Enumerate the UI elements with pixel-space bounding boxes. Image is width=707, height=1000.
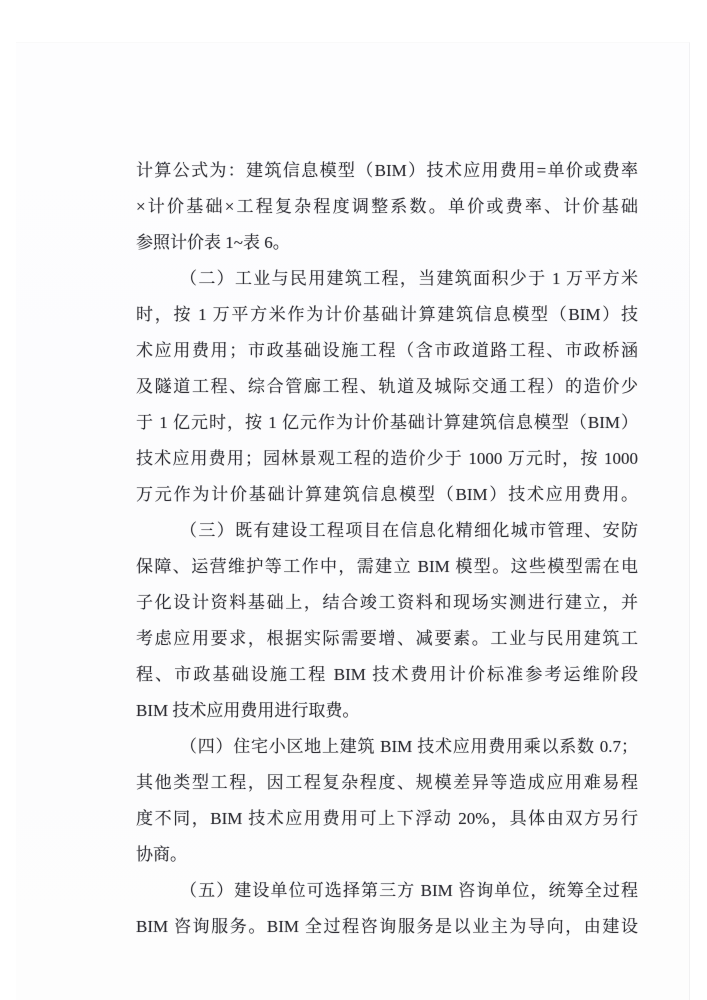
doc-line: 计算公式为：建筑信息模型（BIM）技术应用费用=单价或费率 <box>136 153 638 189</box>
doc-line: ×计价基础×工程复杂程度调整系数。单价或费率、计价基础 <box>136 189 638 225</box>
doc-line: （五）建设单位可选择第三方 BIM 咨询单位，统筹全过程 <box>136 873 638 909</box>
doc-line: 于 1 亿元时，按 1 亿元作为计价基础计算建筑信息模型（BIM） <box>136 405 638 441</box>
doc-line: 子化设计资料基础上，结合竣工资料和现场实测进行建立，并 <box>136 585 638 621</box>
doc-line: 技术应用费用；园林景观工程的造价少于 1000 万元时，按 1000 <box>136 441 638 477</box>
doc-line: （三）既有建设工程项目在信息化精细化城市管理、安防 <box>136 513 638 549</box>
doc-line: 考虑应用要求，根据实际需要增、减要素。工业与民用建筑工 <box>136 621 638 657</box>
doc-line: 术应用费用；市政基础设施工程（含市政道路工程、市政桥涵 <box>136 333 638 369</box>
document-page: 计算公式为：建筑信息模型（BIM）技术应用费用=单价或费率 ×计价基础×工程复杂… <box>16 42 690 1000</box>
doc-line: 保障、运营维护等工作中，需建立 BIM 模型。这些模型需在电 <box>136 549 638 585</box>
doc-line: BIM 技术应用费用进行取费。 <box>136 693 638 729</box>
doc-line: 程、市政基础设施工程 BIM 技术费用计价标准参考运维阶段 <box>136 657 638 693</box>
doc-line: 其他类型工程，因工程复杂程度、规模差异等造成应用难易程 <box>136 765 638 801</box>
scanned-document-viewport: 计算公式为：建筑信息模型（BIM）技术应用费用=单价或费率 ×计价基础×工程复杂… <box>0 0 707 1000</box>
doc-line: BIM 咨询服务。BIM 全过程咨询服务是以业主为导向，由建设 <box>136 909 638 945</box>
document-text-column: 计算公式为：建筑信息模型（BIM）技术应用费用=单价或费率 ×计价基础×工程复杂… <box>136 153 638 945</box>
doc-line: （二）工业与民用建筑工程，当建筑面积少于 1 万平方米 <box>136 261 638 297</box>
doc-line: 协商。 <box>136 837 638 873</box>
doc-line: （四）住宅小区地上建筑 BIM 技术应用费用乘以系数 0.7； <box>136 729 638 765</box>
doc-line: 度不同，BIM 技术应用费用可上下浮动 20%，具体由双方另行 <box>136 801 638 837</box>
doc-line: 及隧道工程、综合管廊工程、轨道及城际交通工程）的造价少 <box>136 369 638 405</box>
doc-line: 时，按 1 万平方米作为计价基础计算建筑信息模型（BIM）技 <box>136 297 638 333</box>
doc-line: 参照计价表 1~表 6。 <box>136 225 638 261</box>
doc-line: 万元作为计价基础计算建筑信息模型（BIM）技术应用费用。 <box>136 477 638 513</box>
